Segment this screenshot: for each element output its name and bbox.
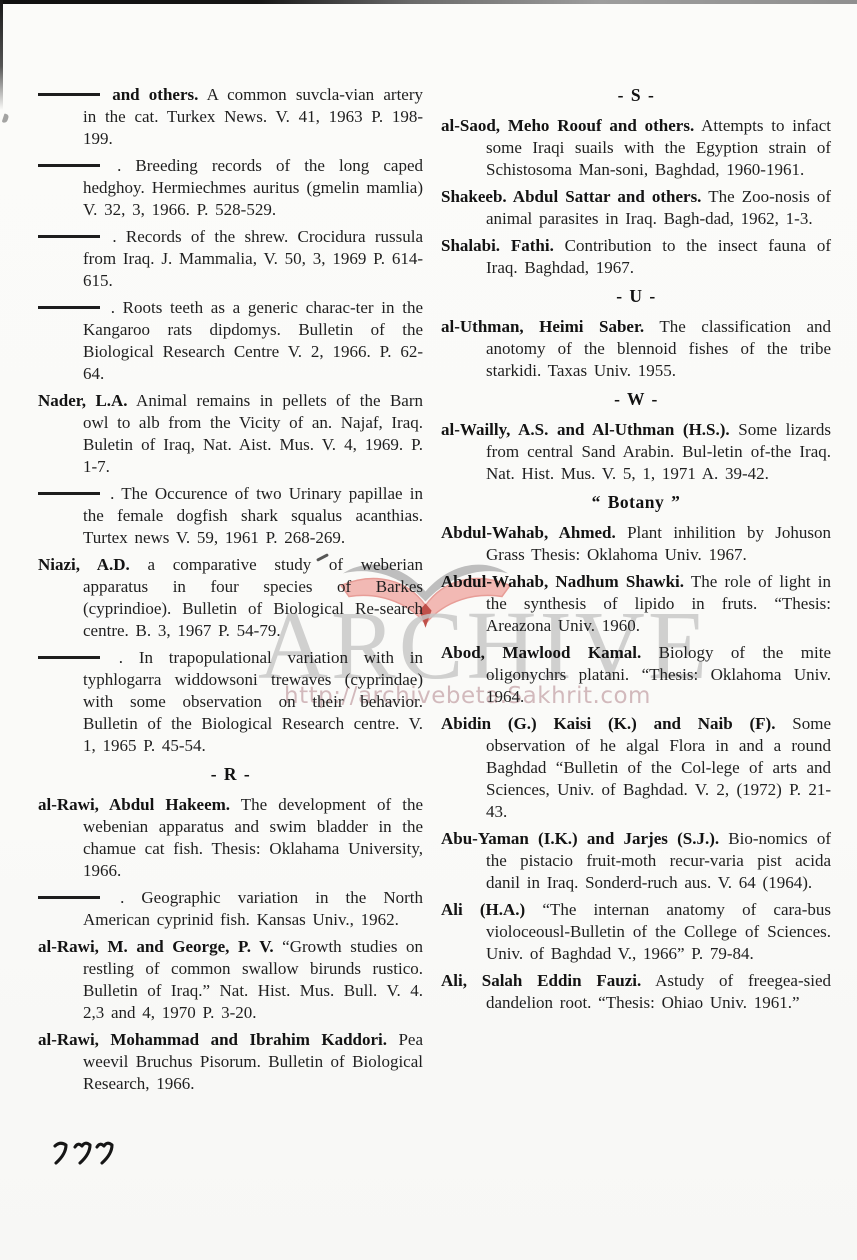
entry-author: Ali, Salah Eddin Fauzi.	[441, 971, 641, 990]
bibliography-entry: al-Saod, Meho Roouf and others. Attempts…	[441, 115, 831, 181]
bibliography-entry: Abidin (G.) Kaisi (K.) and Naib (F). Som…	[441, 713, 831, 823]
bibliography-entry: Ali (H.A.) “The internan anatomy of cara…	[441, 899, 831, 965]
bibliography-entry: al-Rawi, M. and George, P. V. “Growth st…	[38, 936, 423, 1024]
entry-author: Abdul-Wahab, Nadhum Shawki.	[441, 572, 684, 591]
entry-text: a comparative study of weberian apparatu…	[83, 555, 423, 640]
ditto-dash	[38, 306, 100, 309]
entry-text: Animal remains in pellets of the Barn ow…	[83, 391, 423, 476]
entry-author: Ali (H.A.)	[441, 900, 525, 919]
entry-author: Abu-Yaman (I.K.) and Jarjes (S.J.).	[441, 829, 719, 848]
bibliography-entry: . Records of the shrew. Crocidura russul…	[38, 226, 423, 292]
right-column: - S -al-Saod, Meho Roouf and others. Att…	[441, 78, 831, 1019]
bibliography-entry: Abu-Yaman (I.K.) and Jarjes (S.J.). Bio-…	[441, 828, 831, 894]
bibliography-entry: Niazi, A.D. a comparative study of weber…	[38, 554, 423, 642]
section-header: - S -	[441, 84, 831, 106]
bibliography-entry: Nader, L.A. Animal remains in pellets of…	[38, 390, 423, 478]
bibliography-entry: al-Rawi, Mohammad and Ibrahim Kaddori. P…	[38, 1029, 423, 1095]
entry-text: “The internan anatomy of cara-bus violoc…	[486, 900, 831, 963]
bibliography-entry: . Roots teeth as a generic charac-ter in…	[38, 297, 423, 385]
bibliography-entry: Abod, Mawlood Kamal. Biology of the mite…	[441, 642, 831, 708]
entry-text: . Records of the shrew. Crocidura russul…	[83, 227, 423, 290]
bibliography-entry: al-Uthman, Heimi Saber. The classificati…	[441, 316, 831, 382]
section-header: - R -	[38, 763, 423, 785]
entry-author: Niazi, A.D.	[38, 555, 130, 574]
page-number	[50, 1139, 116, 1169]
entry-text: . Breeding records of the long caped hed…	[83, 156, 423, 219]
entry-text: . In trapopulational variation with in t…	[83, 648, 423, 755]
entry-author: al-Rawi, M. and George, P. V.	[38, 937, 274, 956]
entry-author: al-Uthman, Heimi Saber.	[441, 317, 644, 336]
entry-author: Nader, L.A.	[38, 391, 128, 410]
entry-author: and others.	[103, 85, 198, 104]
section-header: - U -	[441, 285, 831, 307]
entry-author: al-Saod, Meho Roouf and others.	[441, 116, 694, 135]
bibliography-entry: Shalabi. Fathi. Contribution to the inse…	[441, 235, 831, 279]
ditto-dash	[38, 492, 100, 495]
bibliography-entry: . In trapopulational variation with in t…	[38, 647, 423, 757]
entry-author: Abdul-Wahab, Ahmed.	[441, 523, 616, 542]
bibliography-entry: Ali, Salah Eddin Fauzi. Astudy of freege…	[441, 970, 831, 1014]
scan-speck	[2, 113, 10, 123]
section-header: - W -	[441, 388, 831, 410]
bibliography-entry: and others. A common suvcla-vian artery …	[38, 84, 423, 150]
ditto-dash	[38, 235, 100, 238]
ditto-dash	[38, 896, 100, 899]
entry-author: Abod, Mawlood Kamal.	[441, 643, 641, 662]
bibliography-entry: al-Rawi, Abdul Hakeem. The development o…	[38, 794, 423, 882]
entry-text: . Roots teeth as a generic charac-ter in…	[83, 298, 423, 383]
scan-edge-left	[0, 0, 3, 110]
ditto-dash	[38, 164, 100, 167]
bibliography-entry: Shakeeb. Abdul Sattar and others. The Zo…	[441, 186, 831, 230]
scan-edge-top	[0, 0, 857, 4]
entry-author: Shakeeb. Abdul Sattar and others.	[441, 187, 701, 206]
ditto-dash	[38, 93, 100, 96]
bibliography-entry: . Geographic variation in the North Amer…	[38, 887, 423, 931]
ditto-dash	[38, 656, 100, 659]
bibliography-entry: al-Wailly, A.S. and Al-Uthman (H.S.). So…	[441, 419, 831, 485]
bibliography-entry: . Breeding records of the long caped hed…	[38, 155, 423, 221]
entry-author: Shalabi. Fathi.	[441, 236, 554, 255]
bibliography-entry: Abdul-Wahab, Nadhum Shawki. The role of …	[441, 571, 831, 637]
entry-text: . The Occurence of two Urinary papillae …	[83, 484, 423, 547]
section-header: “ Botany ”	[441, 491, 831, 513]
left-column: and others. A common suvcla-vian artery …	[38, 84, 423, 1100]
bibliography-entry: Abdul-Wahab, Ahmed. Plant inhilition by …	[441, 522, 831, 566]
entry-author: Abidin (G.) Kaisi (K.) and Naib (F).	[441, 714, 775, 733]
bibliography-entry: . The Occurence of two Urinary papillae …	[38, 483, 423, 549]
entry-author: al-Wailly, A.S. and Al-Uthman (H.S.).	[441, 420, 730, 439]
entry-text: . Geographic variation in the North Amer…	[83, 888, 423, 929]
entry-author: al-Rawi, Mohammad and Ibrahim Kaddori.	[38, 1030, 387, 1049]
entry-author: al-Rawi, Abdul Hakeem.	[38, 795, 230, 814]
scanned-page: ARCHIVE http://archivebeta.Sakhrit.com a…	[0, 0, 857, 1260]
